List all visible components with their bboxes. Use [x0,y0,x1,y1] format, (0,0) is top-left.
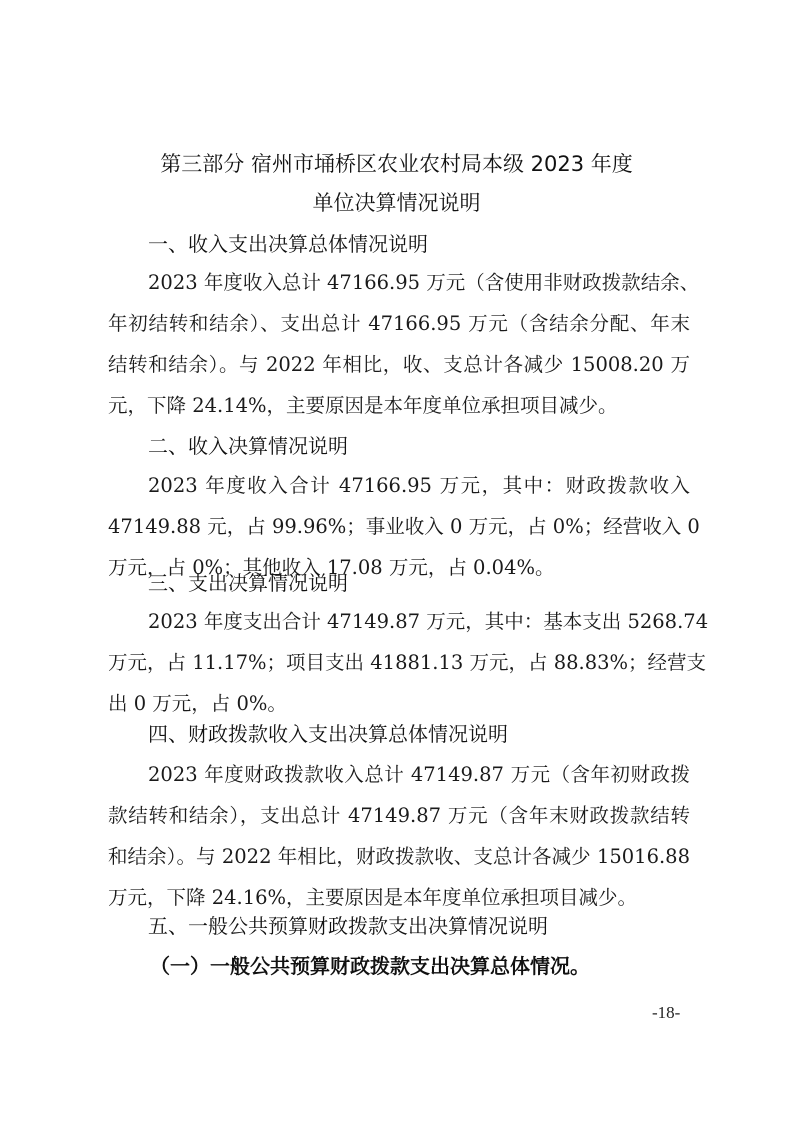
paragraph-line: 2023 年度收入总计 47166.95 万元（含使用非财政拨款结余、 [148,267,690,295]
paragraph-line: 出 0 万元，占 0%。 [108,688,690,716]
section-heading-5: 五、一般公共预算财政拨款支出决算情况说明 [148,910,548,939]
paragraph-line: 元，下降 24.14%，主要原因是本年度单位承担项目减少。 [108,390,690,418]
paragraph-line: 和结余）。与 2022 年相比，财政拨款收、支总计各减少 15016.88 [108,841,690,869]
paragraph-line: 47149.88 元，占 99.96%；事业收入 0 万元，占 0%；经营收入 … [108,511,690,539]
paragraph-line: 万元，下降 24.16%，主要原因是本年度单位承担项目减少。 [108,882,690,910]
section-heading-3: 三、支出决算情况说明 [148,567,348,596]
section-heading-2: 二、收入决算情况说明 [148,430,348,459]
page-number: -18- [652,1003,680,1023]
paragraph-line: 2023 年度收入合计 47166.95 万元，其中：财政拨款收入 [148,470,690,498]
paragraph-line: 2023 年度支出合计 47149.87 万元，其中：基本支出 5268.74 [148,606,690,634]
document-page: 第三部分 宿州市埇桥区农业农村局本级 2023 年度 单位决算情况说明 一、收入… [0,0,793,1122]
subsection-heading: （一）一般公共预算财政拨款支出决算总体情况。 [150,950,590,979]
section-heading-4: 四、财政拨款收入支出决算总体情况说明 [148,718,508,747]
paragraph-line: 款结转和结余），支出总计 47149.87 万元（含年末财政拨款结转 [108,800,690,828]
paragraph-line: 万元，占 11.17%；项目支出 41881.13 万元，占 88.83%；经营… [108,647,690,675]
paragraph-line: 2023 年度财政拨款收入总计 47149.87 万元（含年初财政拨 [148,759,690,787]
paragraph-line: 结转和结余）。与 2022 年相比，收、支总计各减少 15008.20 万 [108,349,690,377]
section-heading-1: 一、收入支出决算总体情况说明 [148,228,428,257]
page-title-line-1: 第三部分 宿州市埇桥区农业农村局本级 2023 年度 [0,148,793,178]
page-title-line-2: 单位决算情况说明 [0,187,793,217]
paragraph-line: 年初结转和结余）、支出总计 47166.95 万元（含结余分配、年末 [108,308,690,336]
